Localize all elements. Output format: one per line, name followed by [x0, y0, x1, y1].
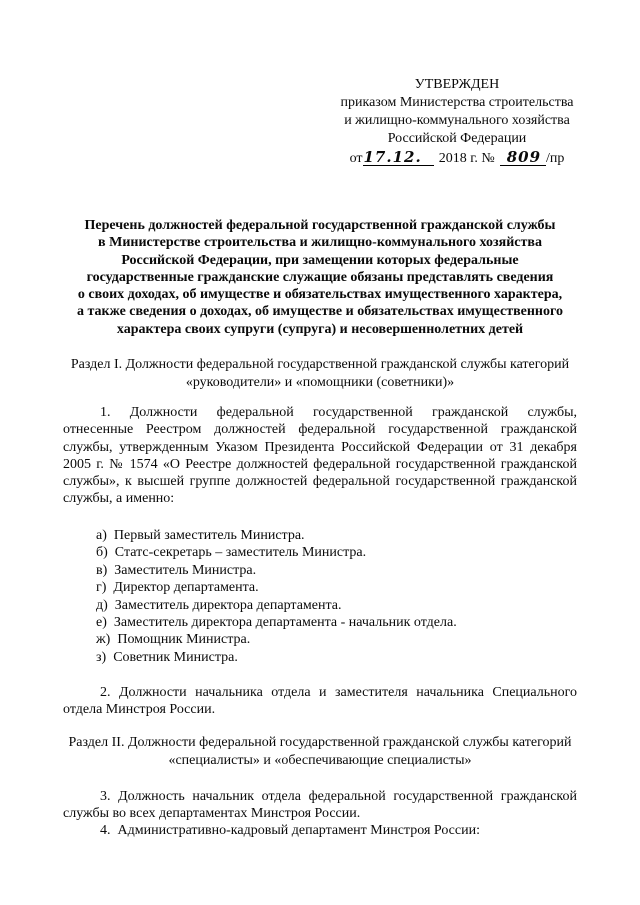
positions-list: а) Первый заместитель Министра.б) Статс-…	[96, 527, 576, 666]
approval-block: УТВЕРЖДЕНприказом Министерства строитель…	[326, 76, 588, 168]
list-item: а) Первый заместитель Министра.	[96, 527, 576, 544]
heading-line: Раздел II. Должности федеральной государ…	[63, 734, 577, 752]
date-middle: 2018 г. №	[439, 151, 495, 166]
paragraph-line: 2005 г. № 1574 «О Реестре должностей фед…	[63, 456, 577, 473]
date-prefix: от	[350, 151, 363, 166]
date-suffix: /пр	[546, 151, 564, 166]
approval-line: приказом Министерства строительства	[326, 94, 588, 112]
paragraph-line: 2. Должности начальника отдела и замести…	[63, 684, 577, 701]
handwritten-date: 17.12.	[363, 149, 434, 166]
title-line: о своих доходах, об имуществе и обязател…	[63, 286, 577, 303]
heading-line: Раздел I. Должности федеральной государс…	[63, 356, 577, 374]
title-line: Перечень должностей федеральной государс…	[63, 217, 577, 234]
document-title: Перечень должностей федеральной государс…	[63, 217, 577, 338]
heading-line: «руководители» и «помощники (советники)»	[63, 374, 577, 392]
heading-line: «специалисты» и «обеспечивающие специали…	[63, 752, 577, 770]
list-item: г) Директор департамента.	[96, 579, 576, 596]
title-line: а также сведения о доходах, об имуществе…	[63, 303, 577, 320]
list-item: е) Заместитель директора департамента - …	[96, 614, 576, 631]
approval-lines: УТВЕРЖДЕНприказом Министерства строитель…	[326, 76, 588, 148]
paragraph-1: 1. Должности федеральной государственной…	[63, 404, 577, 508]
paragraph-2: 2. Должности начальника отдела и замести…	[63, 684, 577, 719]
list-item: б) Статс-секретарь – заместитель Министр…	[96, 544, 576, 561]
paragraph-line: службы», к высшей группе должностей феде…	[63, 473, 577, 490]
document-page: УТВЕРЖДЕНприказом Министерства строитель…	[0, 0, 640, 905]
title-line: в Министерстве строительства и жилищно-к…	[63, 234, 577, 251]
paragraph-3: 3. Должность начальник отдела федерально…	[63, 788, 577, 823]
paragraph-line: 1. Должности федеральной государственной…	[63, 404, 577, 421]
approval-line: и жилищно-коммунального хозяйства	[326, 112, 588, 130]
section-1-heading: Раздел I. Должности федеральной государс…	[63, 356, 577, 392]
list-item: д) Заместитель директора департамента.	[96, 597, 576, 614]
paragraph-line: отдела Минстроя России.	[63, 701, 577, 718]
handwritten-number: 809	[500, 149, 546, 166]
paragraph-4: 4. Административно-кадровый департамент …	[63, 822, 577, 839]
paragraph-line: службы, а именно:	[63, 490, 577, 507]
paragraph-line: службы, утвержденным Указом Президента Р…	[63, 439, 577, 456]
list-item: в) Заместитель Министра.	[96, 562, 576, 579]
list-item: з) Советник Министра.	[96, 649, 576, 666]
approval-date-line: от17.12.2018 г. №809/пр	[326, 149, 588, 168]
paragraph-line: 3. Должность начальник отдела федерально…	[63, 788, 577, 805]
section-2-heading: Раздел II. Должности федеральной государ…	[63, 734, 577, 770]
title-line: Российской Федерации, при замещении кото…	[63, 252, 577, 269]
paragraph-line: отнесенные Реестром должностей федеральн…	[63, 421, 577, 438]
approval-line: Российской Федерации	[326, 130, 588, 148]
paragraph-line: 4. Административно-кадровый департамент …	[63, 822, 577, 839]
list-item: ж) Помощник Министра.	[96, 631, 576, 648]
title-line: характера своих супруги (супруга) и несо…	[63, 321, 577, 338]
approval-line: УТВЕРЖДЕН	[326, 76, 588, 94]
title-line: государственные гражданские служащие обя…	[63, 269, 577, 286]
paragraph-line: службы во всех департаментах Минстроя Ро…	[63, 805, 577, 822]
